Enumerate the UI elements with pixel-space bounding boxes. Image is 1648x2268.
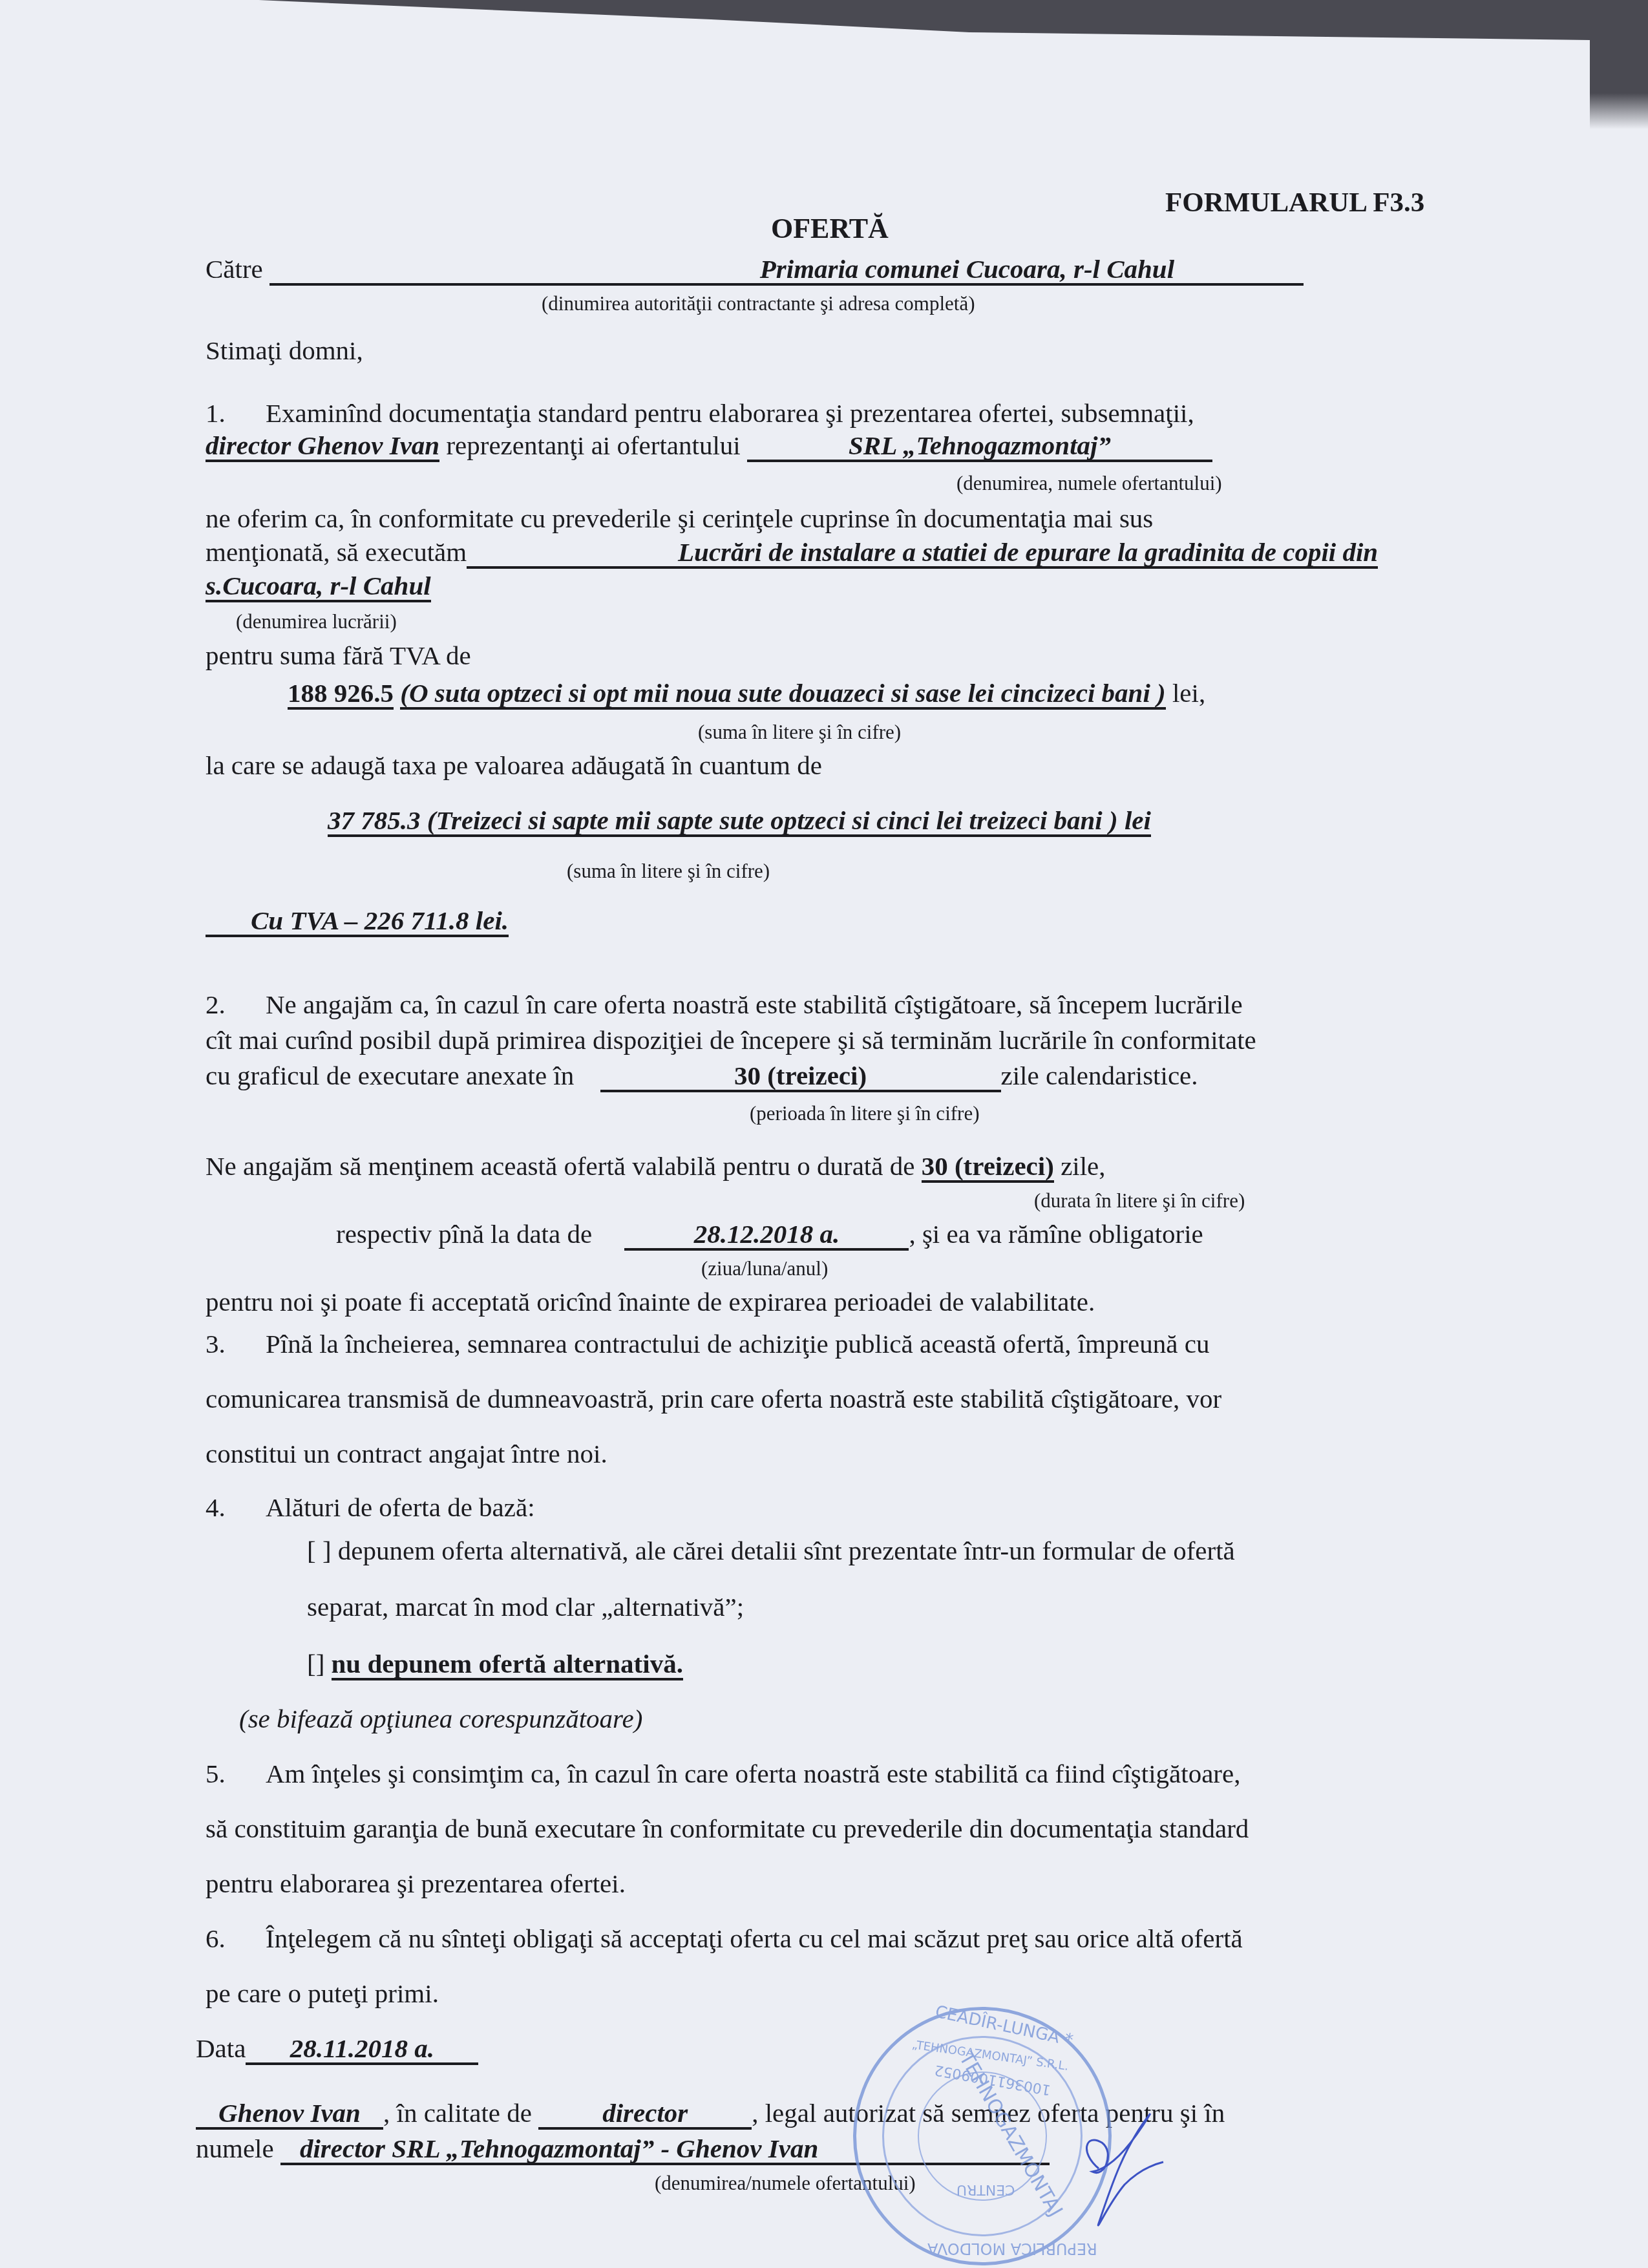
section1-line4: menţionată, să executămLucrări de instal…	[206, 536, 1378, 569]
validity-hint: (durata în litere şi în cifre)	[1034, 1189, 1245, 1213]
section2-line2: cît mai curînd posibil după primirea dis…	[206, 1024, 1256, 1055]
page-title: OFERTĂ	[771, 213, 889, 244]
option-no-alternative[interactable]: [] nu depunem ofertă alternativă.	[307, 1648, 683, 1680]
section5-line2: să constituim garanţia de bună executare…	[206, 1813, 1249, 1844]
section5-line3: pentru elaborarea şi prezentarea ofertei…	[206, 1868, 626, 1899]
section3-line2: comunicarea transmisă de dumneavoastră, …	[206, 1383, 1221, 1414]
period-field: 30 (treizeci)	[600, 1061, 1001, 1092]
bidder-field: SRL „Tehnogazmontaj”	[747, 431, 1212, 462]
stamp-center-label: CENTRU	[956, 2181, 1015, 2198]
total-row: Cu TVA – 226 711.8 lei.	[206, 905, 509, 937]
section2-closing: pentru noi şi poate fi acceptată oricînd…	[206, 1286, 1095, 1317]
section3-line1: 3. Pînă la încheierea, semnarea contract…	[206, 1328, 1209, 1359]
date-hint: (ziua/luna/anul)	[701, 1257, 828, 1280]
section3-line3: constitui un contract angajat între noi.	[206, 1438, 607, 1469]
work-field-line2: s.Cucoara, r-l Cahul	[206, 570, 431, 602]
section1-line1: 1. Examinînd documentaţia standard pentr…	[206, 397, 1194, 429]
sum-words: (O suta optzeci si opt mii noua sute dou…	[400, 679, 1165, 710]
signer-name-field: Ghenov Ivan	[196, 2099, 383, 2130]
section6-line2: pe care o puteţi primi.	[206, 1978, 439, 2009]
period-hint: (perioada în litere şi în cifre)	[750, 1102, 979, 1125]
scan-edge-shadow-right	[1590, 39, 1648, 129]
validity-row: Ne angajăm să menţinem această ofertă va…	[206, 1150, 1106, 1183]
work-hint: (denumirea lucrării)	[236, 610, 397, 633]
section1-line3: ne oferim ca, în conformitate cu prevede…	[206, 503, 1153, 534]
form-code: FORMULARUL F3.3	[1165, 187, 1424, 218]
work-field: Lucrări de instalare a statiei de epurar…	[467, 538, 1378, 569]
section5-line1: 5. Am înţeles şi consimţim ca, în cazul …	[206, 1758, 1240, 1789]
section1-line2: director Ghenov Ivan reprezentanţi ai of…	[206, 430, 1212, 462]
date-field: 28.12.2018 a.	[624, 1220, 909, 1251]
option-alternative-line2: separat, marcat în mod clar „alternativă…	[307, 1591, 744, 1622]
section2-line1: 2. Ne angajăm ca, în cazul în care ofert…	[206, 989, 1243, 1020]
recipient-field: Primaria comunei Cucoara, r-l Cahul	[269, 255, 1304, 286]
section6-line1: 6. Înţelegem că nu sînteţi obligaţi să a…	[206, 1923, 1243, 1954]
vat-value: 37 785.3 (Treizeci si sapte mii sapte su…	[328, 806, 1151, 837]
date-row: respectiv pînă la data de 28.12.2018 a.,…	[336, 1218, 1203, 1251]
signed-date-field: 28.11.2018 a.	[246, 2034, 478, 2065]
checkbox-alternative[interactable]: [ ]	[307, 1536, 332, 1565]
sum-label: pentru suma fără TVA de	[206, 640, 471, 671]
sum-hint: (suma în litere şi în cifre)	[698, 721, 901, 744]
vat-hint: (suma în litere şi în cifre)	[567, 860, 770, 883]
vat-row: 37 785.3 (Treizeci si sapte mii sapte su…	[328, 805, 1151, 837]
date-signed-row: Data28.11.2018 a.	[196, 2033, 478, 2065]
checkbox-no-alternative[interactable]: []	[307, 1649, 324, 1679]
capacity-field: director	[538, 2099, 752, 2130]
scan-edge-shadow	[0, 0, 1648, 142]
greeting: Stimaţi domni,	[206, 335, 363, 366]
option-note: (se bifează opţiunea corespunzătoare)	[239, 1703, 642, 1734]
vat-label: la care se adaugă taxa pe valoarea adăug…	[206, 750, 822, 781]
signature-icon	[1073, 2107, 1170, 2236]
section-number: 1.	[206, 398, 226, 428]
recipient-hint: (dinumirea autorităţii contractante şi a…	[542, 292, 975, 315]
total-value: Cu TVA – 226 711.8 lei.	[251, 906, 509, 937]
recipient-label: Către	[206, 254, 263, 284]
sum-row: 188 926.5 (O suta optzeci si opt mii nou…	[288, 677, 1205, 710]
recipient-row: Către Primaria comunei Cucoara, r-l Cahu…	[206, 253, 1304, 286]
section4-title: 4. Alături de oferta de bază:	[206, 1492, 535, 1523]
option-alternative[interactable]: [ ] depunem oferta alternativă, ale căre…	[307, 1535, 1235, 1566]
representative-field: director Ghenov Ivan	[206, 431, 439, 462]
validity-field: 30 (treizeci)	[922, 1152, 1054, 1183]
section2-line3: cu graficul de executare anexate în 30 (…	[206, 1060, 1198, 1092]
sum-figures: 188 926.5	[288, 679, 394, 710]
bidder-hint: (denumirea, numele ofertantului)	[956, 472, 1222, 495]
